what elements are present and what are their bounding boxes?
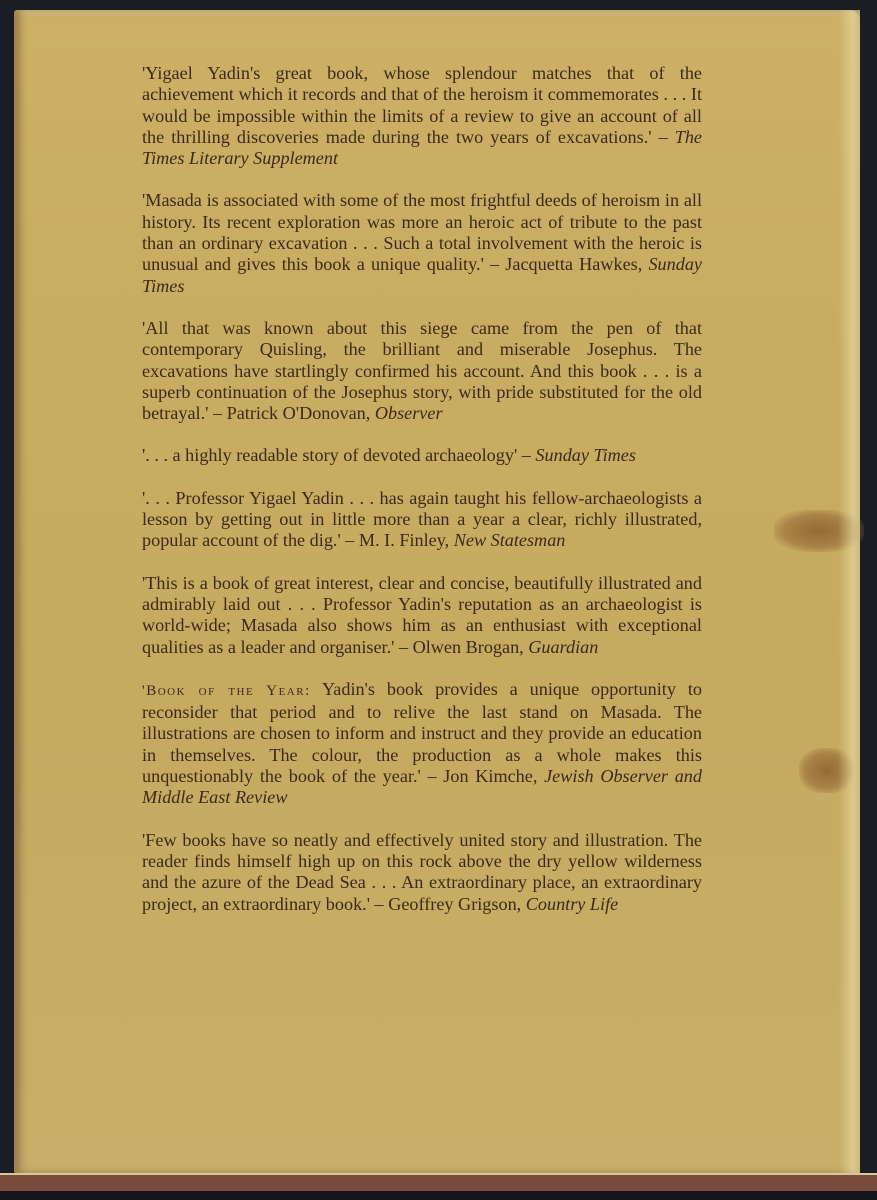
review-quote: '. . . Professor Yigael Yadin . . . has … (142, 488, 702, 552)
book-cloth-edge (0, 1173, 877, 1193)
review-author: M. I. Finley, (359, 530, 454, 550)
review-source: Sunday Times (535, 445, 636, 465)
review-author: Jacquetta Hawkes, (505, 254, 648, 274)
review-quote: 'Yigael Yadin's great book, whose splend… (142, 63, 702, 169)
review-quote: 'Book of the Year: Yadin's book provides… (142, 679, 702, 809)
review-quote: 'Masada is associated with some of the m… (142, 190, 702, 296)
review-quote: '. . . a highly readable story of devote… (142, 445, 702, 466)
review-quote: 'All that was known about this siege cam… (142, 318, 702, 424)
review-author: Geoffrey Grigson, (388, 894, 526, 914)
review-author: Olwen Brogan, (413, 637, 529, 657)
review-source: Country Life (526, 894, 618, 914)
review-source: Observer (375, 403, 443, 423)
stain-mark (774, 510, 864, 552)
review-source: New Statesman (454, 530, 566, 550)
review-source: Guardian (528, 637, 598, 657)
background-surface (0, 1191, 877, 1200)
review-author: Patrick O'Donovan, (227, 403, 375, 423)
review-quote: 'Few books have so neatly and effectivel… (142, 830, 702, 915)
review-quote: 'This is a book of great interest, clear… (142, 573, 702, 658)
review-author: Jon Kimche, (443, 766, 544, 786)
review-quotes: 'Yigael Yadin's great book, whose splend… (142, 63, 702, 936)
stain-mark (799, 748, 854, 793)
dust-jacket-back: 'Yigael Yadin's great book, whose splend… (14, 10, 860, 1173)
book-of-the-year-label: 'Book of the Year: (142, 683, 311, 699)
